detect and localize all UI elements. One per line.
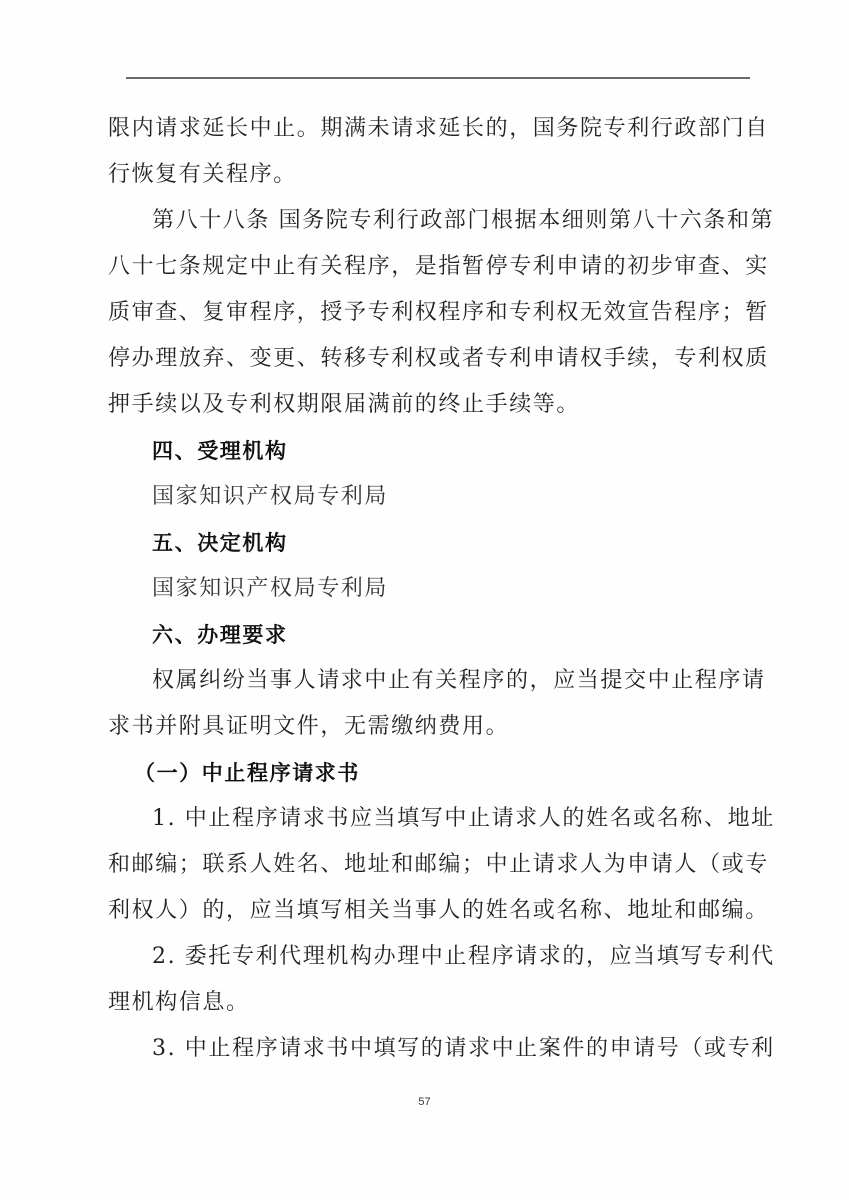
paragraph-line: 理机构信息。 (108, 980, 768, 1026)
section-heading-accepting-agency: 四、受理机构 (108, 428, 768, 474)
list-item-2: 2. 委托专利代理机构办理中止程序请求的，应当填写专利代 (108, 934, 768, 980)
subsection-heading-request-form: （一）中止程序请求书 (108, 750, 768, 796)
paragraph-line: 求书并附具证明文件，无需缴纳费用。 (108, 704, 768, 750)
paragraph-line: 八十七条规定中止有关程序，是指暂停专利申请的初步审查、实 (108, 244, 768, 290)
page-number: 57 (0, 1096, 849, 1108)
paragraph-line: 权属纠纷当事人请求中止有关程序的，应当提交中止程序请 (108, 658, 768, 704)
accepting-agency-text: 国家知识产权局专利局 (108, 474, 768, 520)
paragraph-line: 押手续以及专利权期限届满前的终止手续等。 (108, 382, 768, 428)
paragraph-line: 和邮编；联系人姓名、地址和邮编；中止请求人为申请人（或专 (108, 842, 768, 888)
paragraph-line: 行恢复有关程序。 (108, 152, 768, 198)
document-page: 限内请求延长中止。期满未请求延长的，国务院专利行政部门自 行恢复有关程序。 第八… (0, 0, 849, 1200)
list-item-1: 1. 中止程序请求书应当填写中止请求人的姓名或名称、地址 (108, 796, 768, 842)
header-rule (126, 77, 750, 79)
paragraph-line: 停办理放弃、变更、转移专利权或者专利申请权手续，专利权质 (108, 336, 768, 382)
paragraph-line: 质审查、复审程序，授予专利权程序和专利权无效宣告程序；暂 (108, 290, 768, 336)
article-88-line: 第八十八条 国务院专利行政部门根据本细则第八十六条和第 (108, 198, 768, 244)
list-item-3: 3. 中止程序请求书中填写的请求中止案件的申请号（或专利 (108, 1026, 768, 1072)
paragraph-line: 利权人）的，应当填写相关当事人的姓名或名称、地址和邮编。 (108, 888, 768, 934)
section-heading-requirements: 六、办理要求 (108, 612, 768, 658)
paragraph-line: 限内请求延长中止。期满未请求延长的，国务院专利行政部门自 (108, 106, 768, 152)
body-text: 限内请求延长中止。期满未请求延长的，国务院专利行政部门自 行恢复有关程序。 第八… (108, 106, 768, 1072)
deciding-agency-text: 国家知识产权局专利局 (108, 566, 768, 612)
section-heading-deciding-agency: 五、决定机构 (108, 520, 768, 566)
